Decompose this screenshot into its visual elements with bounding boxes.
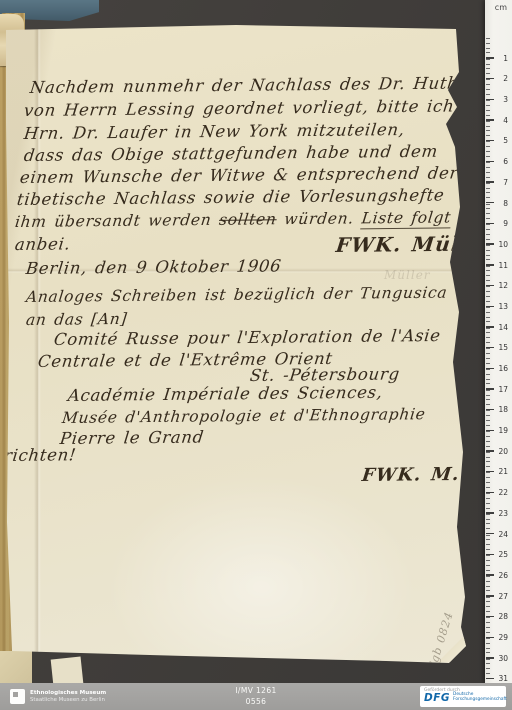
dfg-name: Deutsche Forschungsgemeinschaft xyxy=(453,693,507,703)
postscript-line: Académie Impériale des Sciences, xyxy=(67,383,384,405)
ruler-cm-segment: 6 xyxy=(485,141,512,162)
postscript-line: Comité Russe pour l'Exploration de l'Asi… xyxy=(53,326,442,349)
letter-line: dass das Obige stattgefunden habe und de… xyxy=(23,142,439,165)
ruler-cm-segment: 18 xyxy=(485,390,512,411)
postscript-line: richten! xyxy=(3,445,78,465)
dfg-logo: DFG Deutsche Forschungsgemeinschaft xyxy=(424,693,502,703)
ruler-cm-segment: 7 xyxy=(485,162,512,183)
dfg-name-line2: Forschungsgemeinschaft xyxy=(453,698,507,703)
postscript-line: Musée d'Anthropologie et d'Ethnographie xyxy=(61,405,427,427)
ruler-cm-segment: 22 xyxy=(485,472,512,493)
postscript-line: Pierre le Grand xyxy=(59,427,205,448)
struck-word: sollten xyxy=(218,210,278,229)
letter-line: einem Wunsche der Witwe & entsprechend d… xyxy=(19,163,459,187)
ruler-cm-segment: 28 xyxy=(485,597,512,618)
pencil-annotation-tgb: Tgb 0824 xyxy=(426,610,456,672)
ruler-cm-segment: 9 xyxy=(485,204,512,225)
letter-text: würden. xyxy=(276,209,363,228)
ruler-cm-segment: 31 xyxy=(485,659,512,680)
ruler-cm-segment: 27 xyxy=(485,576,512,597)
ruler-cm-segment: 23 xyxy=(485,493,512,514)
letter-page: Nachdem nunmehr der Nachlass des Dr. Hut… xyxy=(6,22,470,664)
footer-bar: Ethnologisches Museum Staatliche Museen … xyxy=(0,683,512,710)
ruler-cm-segment: 21 xyxy=(485,452,512,473)
letter-line: von Herrn Lessing geordnet vorliegt, bit… xyxy=(23,96,456,120)
letter-line: ihm übersandt werden sollten würden. Lis… xyxy=(14,208,452,231)
ruler-cm-segment: 17 xyxy=(485,369,512,390)
ruler-cm-segment: 11 xyxy=(485,245,512,266)
dateline: Berlin, den 9 Oktober 1906 xyxy=(25,256,283,278)
underlying-paper-scrap xyxy=(51,657,84,687)
underlined-phrase: Liste folgt xyxy=(360,208,452,229)
dfg-logo-text: DFG xyxy=(424,693,450,703)
ruler-cm-segment: 4 xyxy=(485,100,512,121)
ruler-cm-segment: 8 xyxy=(485,183,512,204)
ruler-unit-label: cm xyxy=(485,0,512,38)
ruler-cm-segment: 12 xyxy=(485,266,512,287)
ruler-cm-segment: 16 xyxy=(485,348,512,369)
ruler-cm-segment: 26 xyxy=(485,555,512,576)
pencil-annotation-faint: Müller xyxy=(384,268,431,282)
underlying-page-corner xyxy=(0,651,32,685)
ruler-cm-segment: 1 xyxy=(485,38,512,59)
letter-line: tibetische Nachlass sowie die Vorlesungs… xyxy=(16,186,446,209)
ruler-cm-segment: 13 xyxy=(485,286,512,307)
ruler-cm-segment: 24 xyxy=(485,514,512,535)
ruler-cm-segment: 20 xyxy=(485,431,512,452)
ruler-cm-segment: 2 xyxy=(485,59,512,80)
ruler-cm-segment: 3 xyxy=(485,79,512,100)
ruler-cm-segment: 25 xyxy=(485,535,512,556)
signature: FWK. Müller xyxy=(335,231,496,257)
signature: FWK. M. xyxy=(361,464,461,486)
ruler-cm-segment: 5 xyxy=(485,121,512,142)
ruler-cm-segment: 10 xyxy=(485,224,512,245)
ruler-cm-segment: 14 xyxy=(485,307,512,328)
postscript-line: an das [An] xyxy=(25,310,128,329)
ruler-cm-segment: 15 xyxy=(485,328,512,349)
ruler: cm 1234567891011121314151617181920212223… xyxy=(485,0,512,683)
letter-text: ihm übersandt werden xyxy=(14,211,220,231)
letter-line: Hrn. Dr. Laufer in New York mitzuteilen, xyxy=(23,120,406,143)
ruler-cm-segment: 19 xyxy=(485,410,512,431)
scan-stage: Nachdem nunmehr der Nachlass des Dr. Hut… xyxy=(0,0,512,710)
ruler-cm-segment: 29 xyxy=(485,617,512,638)
letter-line: Nachdem nunmehr der Nachlass des Dr. Hut… xyxy=(29,74,460,97)
ruler-cm-segment: 30 xyxy=(485,638,512,659)
postscript-line: Analoges Schreiben ist bezüglich der Tun… xyxy=(25,284,448,306)
letter-line: anbei. xyxy=(14,234,72,254)
funding-box: Gefördert durch DFG Deutsche Forschungsg… xyxy=(420,686,506,707)
